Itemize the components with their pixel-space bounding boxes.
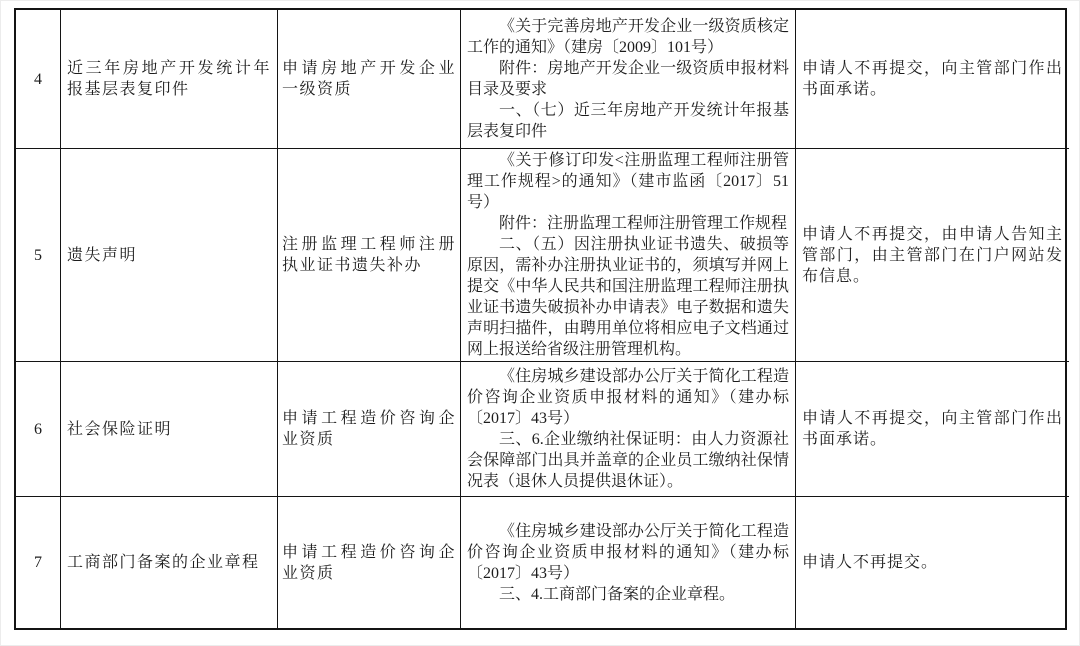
legal-basis-paragraph: 二、（五）因注册执业证书遗失、破损等原因，需补办注册执业证书的，须填写并网上提交… [467, 234, 789, 360]
handling-method: 申请人不再提交，向主管部门作出书面承诺。 [796, 408, 1069, 450]
legal-basis-paragraph: 《住房城乡建设部办公厅关于简化工程造价咨询企业资质申报材料的通知》（建办标〔20… [467, 521, 789, 584]
document-page: 4 近三年房地产开发统计年报基层表复印件 申请房地产开发企业一级资质 《关于完善… [0, 0, 1080, 646]
legal-basis-paragraph: 附件：注册监理工程师注册管理工作规程 [467, 213, 789, 234]
legal-basis: 《关于完善房地产开发企业一级资质核定工作的通知》（建房〔2009〕101号） 附… [461, 16, 795, 142]
legal-basis-paragraph: 《住房城乡建设部办公厅关于简化工程造价咨询企业资质申报材料的通知》（建办标〔20… [467, 366, 789, 429]
legal-basis-paragraph: 三、4.工商部门备案的企业章程。 [467, 584, 789, 605]
material-name-cell: 近三年房地产开发统计年报基层表复印件 [60, 10, 277, 148]
material-name-cell: 遗失声明 [60, 148, 277, 361]
related-matter-cell: 申请工程造价咨询企业资质 [277, 496, 460, 628]
material-name-cell: 社会保险证明 [60, 361, 277, 496]
handling-method-cell: 申请人不再提交。 [795, 496, 1069, 628]
legal-basis: 《关于修订印发<注册监理工程师注册管理工作规程>的通知》（建市监函〔2017〕5… [461, 150, 795, 360]
legal-basis-paragraph: 一、（七）近三年房地产开发统计年报基层表复印件 [467, 100, 789, 142]
material-name: 遗失声明 [61, 245, 277, 266]
row-number-cell: 4 [16, 10, 60, 148]
material-name: 工商部门备案的企业章程 [61, 552, 277, 573]
related-matter-cell: 申请工程造价咨询企业资质 [277, 361, 460, 496]
related-matter: 注册监理工程师注册执业证书遗失补办 [278, 234, 460, 276]
legal-basis-cell: 《关于完善房地产开发企业一级资质核定工作的通知》（建房〔2009〕101号） 附… [460, 10, 795, 148]
legal-basis-paragraph: 《关于完善房地产开发企业一级资质核定工作的通知》（建房〔2009〕101号） [467, 16, 789, 58]
legal-basis-cell: 《关于修订印发<注册监理工程师注册管理工作规程>的通知》（建市监函〔2017〕5… [460, 148, 795, 361]
handling-method-cell: 申请人不再提交，向主管部门作出书面承诺。 [795, 10, 1069, 148]
related-matter-cell: 申请房地产开发企业一级资质 [277, 10, 460, 148]
legal-basis: 《住房城乡建设部办公厅关于简化工程造价咨询企业资质申报材料的通知》（建办标〔20… [461, 366, 795, 492]
row-number: 7 [16, 552, 60, 573]
legal-basis-cell: 《住房城乡建设部办公厅关于简化工程造价咨询企业资质申报材料的通知》（建办标〔20… [460, 361, 795, 496]
related-matter: 申请房地产开发企业一级资质 [278, 58, 460, 100]
exemption-materials-table: 4 近三年房地产开发统计年报基层表复印件 申请房地产开发企业一级资质 《关于完善… [14, 8, 1067, 630]
legal-basis-paragraph: 《关于修订印发<注册监理工程师注册管理工作规程>的通知》（建市监函〔2017〕5… [467, 150, 789, 213]
handling-method-cell: 申请人不再提交，向主管部门作出书面承诺。 [795, 361, 1069, 496]
row-number: 4 [16, 69, 60, 90]
related-matter: 申请工程造价咨询企业资质 [278, 542, 460, 584]
handling-method: 申请人不再提交。 [796, 552, 1069, 573]
related-matter: 申请工程造价咨询企业资质 [278, 408, 460, 450]
material-name: 社会保险证明 [61, 419, 277, 440]
material-name: 近三年房地产开发统计年报基层表复印件 [61, 58, 277, 100]
legal-basis-paragraph: 三、6.企业缴纳社保证明：由人力资源社会保障部门出具并盖章的企业员工缴纳社保情况… [467, 429, 789, 492]
related-matter-cell: 注册监理工程师注册执业证书遗失补办 [277, 148, 460, 361]
row-number: 6 [16, 419, 60, 440]
row-number-cell: 7 [16, 496, 60, 628]
handling-method: 申请人不再提交，向主管部门作出书面承诺。 [796, 58, 1069, 100]
legal-basis: 《住房城乡建设部办公厅关于简化工程造价咨询企业资质申报材料的通知》（建办标〔20… [461, 521, 795, 605]
row-number-cell: 5 [16, 148, 60, 361]
handling-method-cell: 申请人不再提交，由申请人告知主管部门，由主管部门在门户网站发布信息。 [795, 148, 1069, 361]
legal-basis-paragraph: 附件：房地产开发企业一级资质申报材料目录及要求 [467, 58, 789, 100]
row-number-cell: 6 [16, 361, 60, 496]
material-name-cell: 工商部门备案的企业章程 [60, 496, 277, 628]
row-number: 5 [16, 245, 60, 266]
handling-method: 申请人不再提交，由申请人告知主管部门，由主管部门在门户网站发布信息。 [796, 224, 1069, 287]
legal-basis-cell: 《住房城乡建设部办公厅关于简化工程造价咨询企业资质申报材料的通知》（建办标〔20… [460, 496, 795, 628]
